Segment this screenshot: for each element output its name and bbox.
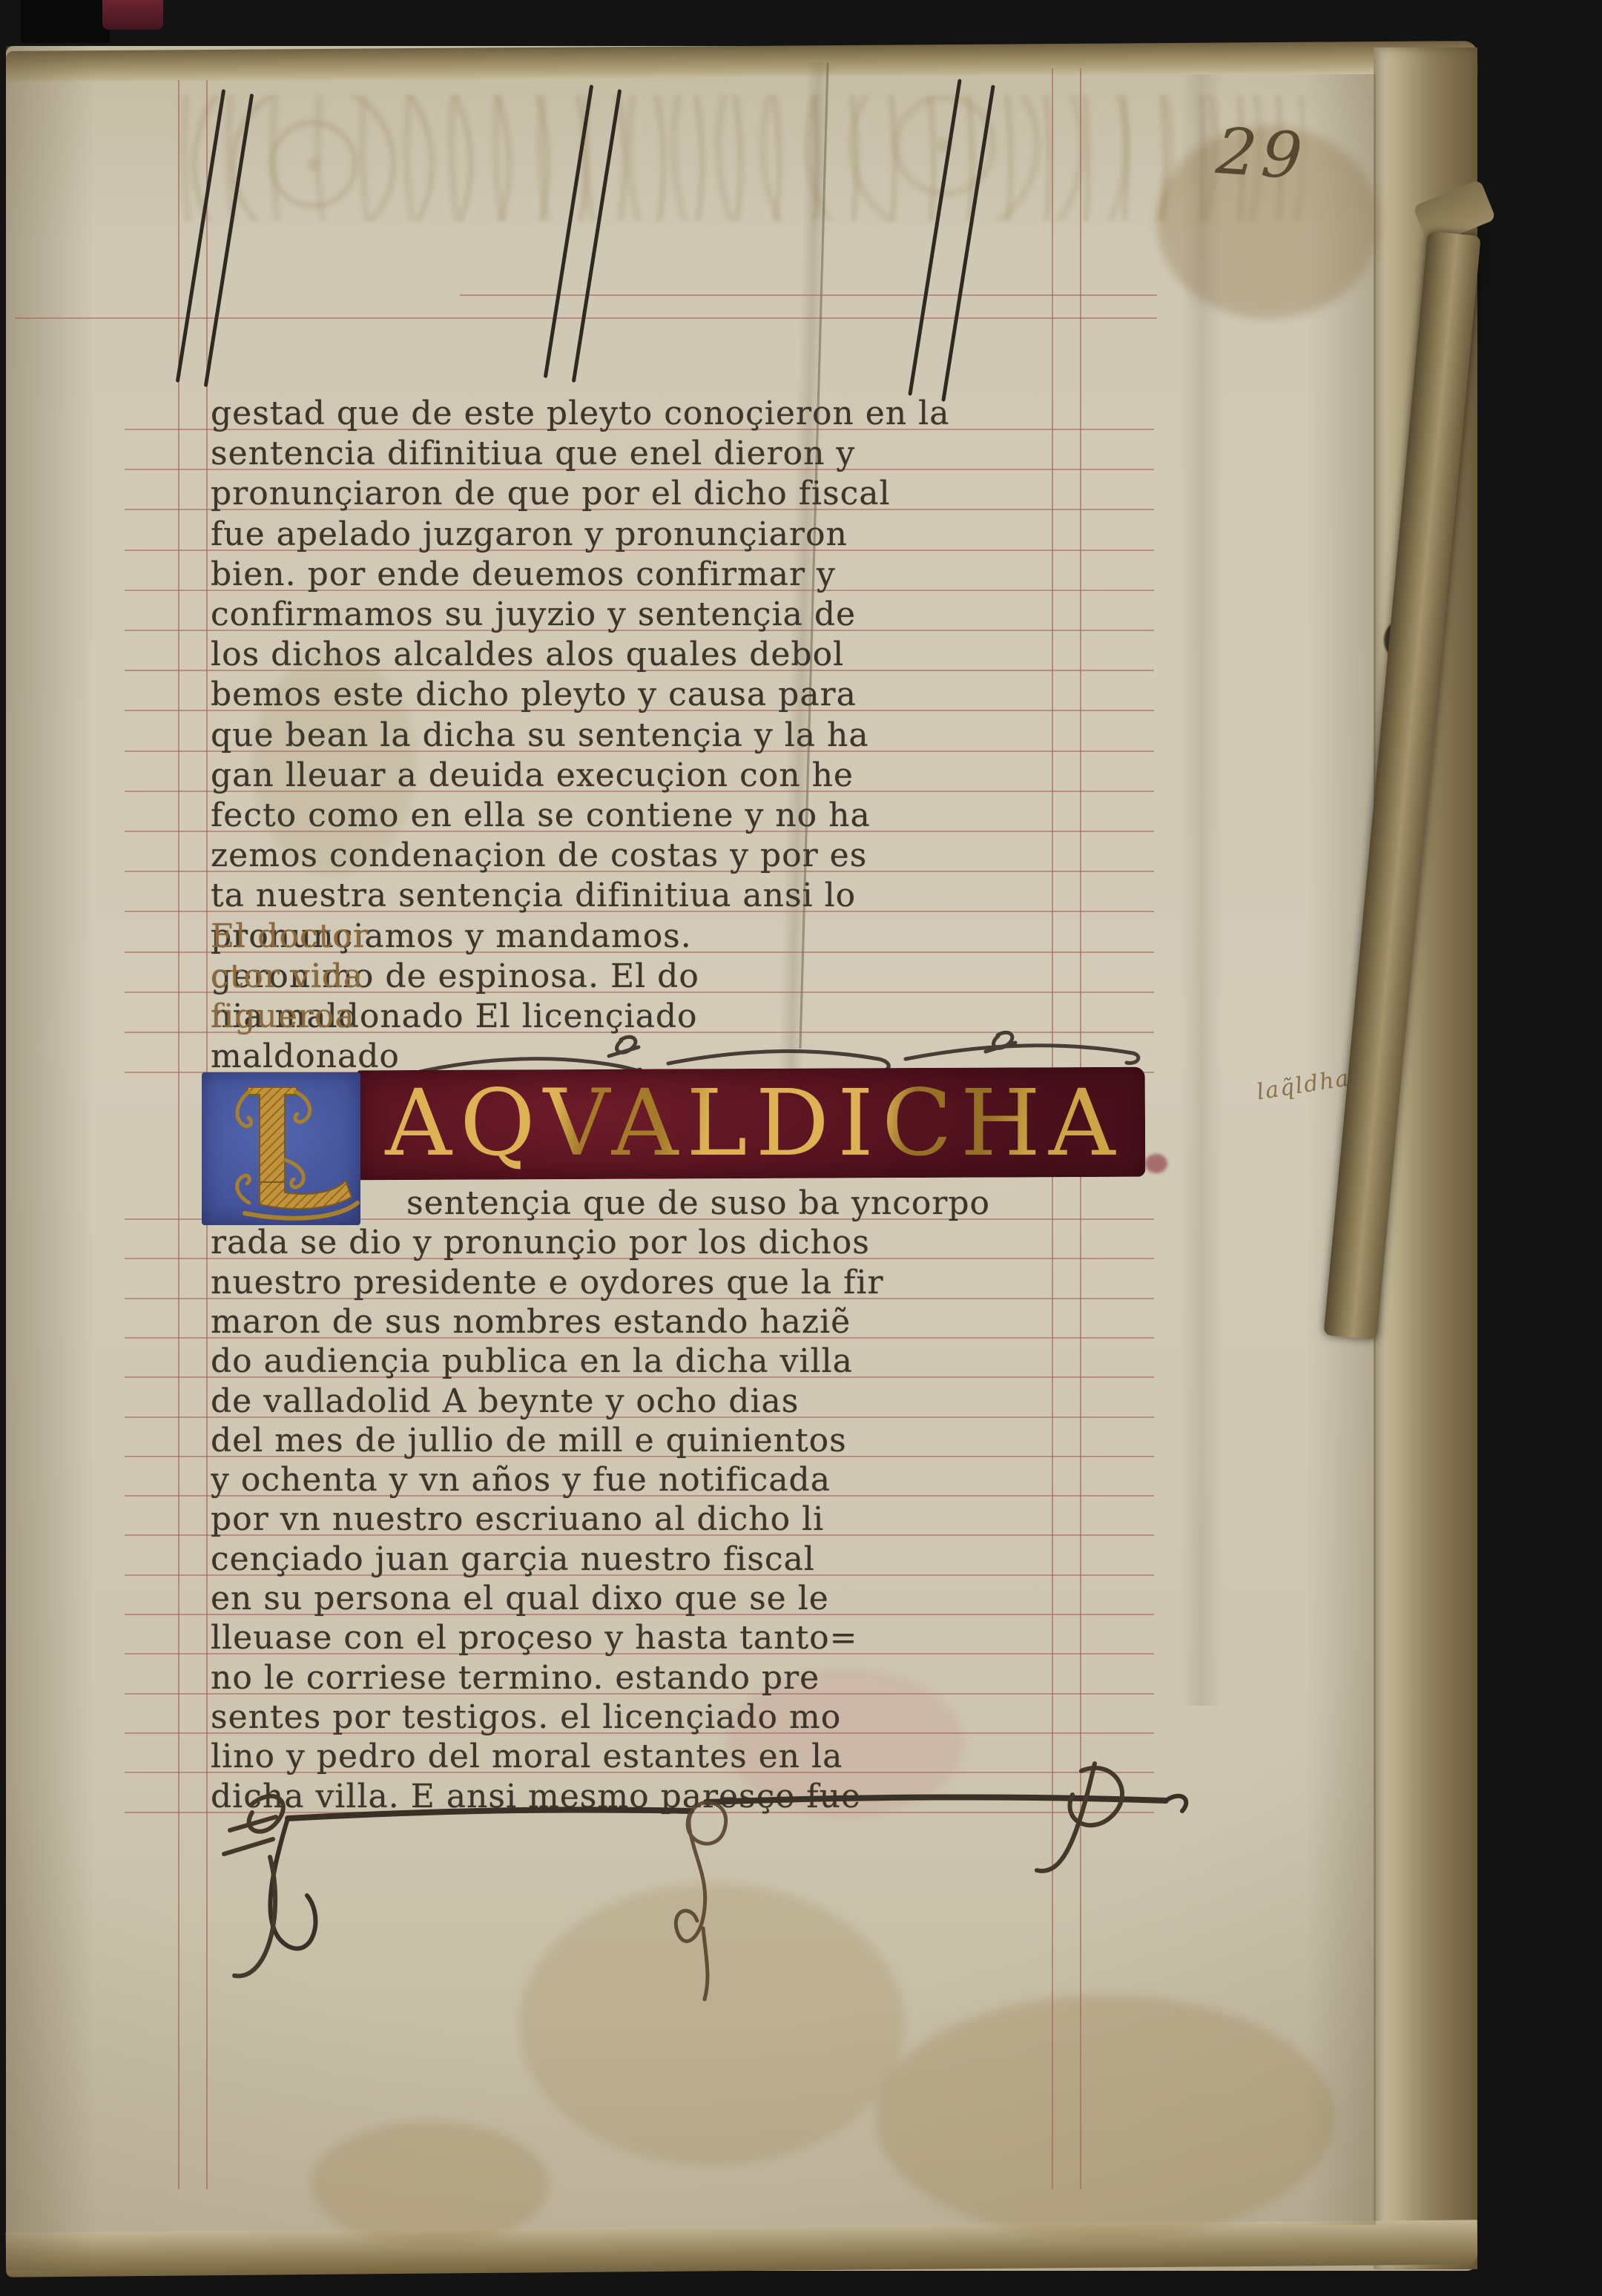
text-line: bien. por ende deuemos confirmar y [211,555,1053,596]
parchment-fold [1181,74,1222,1706]
text-segment: bemos este dicho pleyto y causa para [211,676,857,714]
text-line: pronunçiaron de que por el dicho fiscal [211,475,1053,515]
text-segment: maron de sus nombres estando haziẽ [211,1303,851,1342]
text-segment: ctor vida [211,957,363,996]
text-line: lleuase con el proçeso y hasta tanto= [211,1619,1053,1659]
text-segment: de valladolid A beynte y ocho dias [211,1382,799,1421]
text-line: los dichos alcaldes alos quales debol [211,636,1053,676]
text-segment: El doctor [211,917,369,956]
closing-rule-flourish [208,1759,1187,2174]
text-segment: sentençia que de suso ba yncorpo [406,1184,990,1223]
text-line: por vn nuestro escriuano al dicho li [211,1500,1053,1540]
bookmark-strap-shadow [21,0,110,43]
text-line: gan lleuar a deuida execuçion con he [211,756,1053,796]
text-segment: cençiado juan garçia nuestro fiscal [211,1540,815,1579]
text-line: do audiençia publica en la dicha villa [211,1342,1053,1382]
text-segment: figueroa [211,997,355,1036]
gutter-shading [6,46,95,2271]
text-line: maron de sus nombres estando haziẽ [211,1303,1053,1343]
text-line: confirmamos su juyzio y sentençia de [211,596,1053,636]
text-line: zemos condenaçion de costas y por es [211,837,1053,877]
text-line: del mes de jullio de mill e quinientos [211,1422,1053,1462]
text-segment: que bean la dicha su sentençia y la ha [211,716,869,755]
text-segment: gan lleuar a deuida execuçion con he [211,756,854,795]
text-line: rada se dio y pronunçio por los dichos [211,1224,1053,1264]
text-line: ta nuestra sentençia difinitiua ansi lo [211,877,1053,917]
text-segment: fue apelado juzgaron y pronunçiaron [211,515,848,554]
text-segment: sentes por testigos. el licençiado mo [211,1698,841,1737]
text-line: sentencia difinitiua que enel dieron y [211,435,1053,475]
text-line: y ochenta y vn años y fue notificada [211,1461,1053,1501]
dirt-speckle-band [178,95,1305,221]
text-segment: fecto como en ella se contiene y no ha [211,796,871,835]
text-segment: lleuase con el proçeso y hasta tanto= [211,1619,858,1657]
text-line: que bean la dicha su sentençia y la ha [211,716,1053,756]
illuminated-initial-L [202,1072,362,1225]
banner-title-text: AQVALDICHA [375,1074,1133,1178]
text-segment: zemos condenaçion de costas y por es [211,837,867,875]
red-cloth-fragment [102,0,163,30]
text-line: geronimo de espinosa. El doctor vida [211,957,1053,997]
text-segment: bien. por ende deuemos confirmar y [211,555,836,594]
text-segment: gestad que de este pleyto conoçieron en … [211,395,949,433]
text-segment: rada se dio y pronunçio por los dichos [211,1224,870,1262]
text-line: gestad que de este pleyto conoçieron en … [211,395,1053,435]
manuscript-photo: 29 laq̃ldha gestad que de este pleyto co… [0,0,1602,2296]
text-line: fue apelado juzgaron y pronunçiaron [211,515,1053,555]
text-segment: sentencia difinitiua que enel dieron y [211,435,855,473]
folio-number: 29 [1214,114,1309,194]
text-line: fecto como en ella se contiene y no ha [211,796,1053,837]
text-line: sentes por testigos. el licençiado mo [211,1698,1053,1738]
text-segment: nuestro presidente e oydores que la fir [211,1264,884,1302]
text-segment: no le corriese termino. estando pre [211,1659,820,1698]
text-segment: y ochenta y vn años y fue notificada [211,1461,831,1500]
text-segment: confirmamos su juyzio y sentençia de [211,596,856,634]
text-line: pronunçiamos y mandamos. El doctor [211,917,1053,957]
text-segment: los dichos alcaldes alos quales debol [211,636,844,674]
text-line: nuestro presidente e oydores que la fir [211,1264,1053,1304]
text-segment: por vn nuestro escriuano al dicho li [211,1500,824,1539]
text-line: de valladolid A beynte y ocho dias [211,1382,1053,1422]
text-line: sentençia que de suso ba yncorpo [406,1184,1053,1224]
pigment-smudge [1145,1154,1167,1173]
text-line: no le corriese termino. estando pre [211,1659,1053,1699]
text-segment: pronunçiaron de que por el dicho fiscal [211,475,891,513]
text-segment: ta nuestra sentençia difinitiua ansi lo [211,877,856,915]
text-segment: del mes de jullio de mill e quinientos [211,1422,847,1460]
text-line: bemos este dicho pleyto y causa para [211,676,1053,716]
text-line: cençiado juan garçia nuestro fiscal [211,1540,1053,1580]
text-segment: en su persona el qual dixo que se le [211,1580,829,1618]
text-segment: do audiençia publica en la dicha villa [211,1342,853,1381]
text-line: en su persona el qual dixo que se le [211,1580,1053,1620]
ruling-line-vertical [178,80,179,2189]
